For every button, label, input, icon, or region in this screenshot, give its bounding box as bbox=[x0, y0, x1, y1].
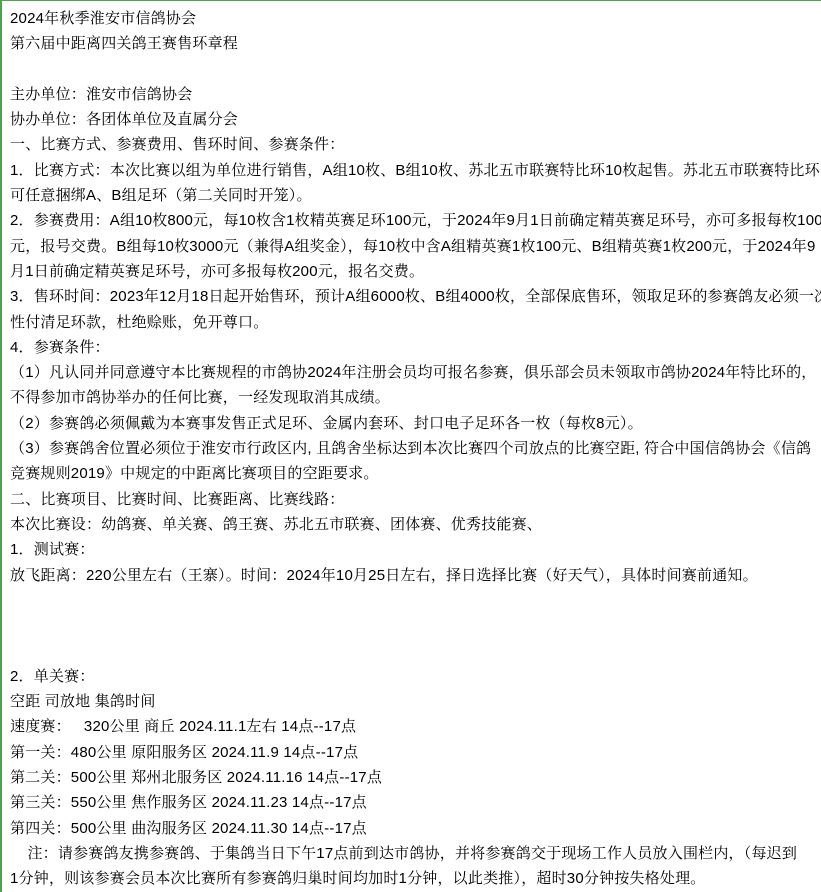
text-line: 速度赛： 320公里 商丘 2024.11.1左右 14点--17点 bbox=[10, 714, 815, 739]
text-line: 第六届中距离四关鸽王赛售环章程 bbox=[10, 31, 815, 56]
text-line: 元，报号交费。B组每10枚3000元（兼得A组奖金），每10枚中含A组精英赛1枚… bbox=[10, 234, 815, 259]
text-line: 第三关：550公里 焦作服务区 2024.11.23 14点--17点 bbox=[10, 790, 815, 815]
text-line: 放飞距离：220公里左右（王寨）。时间：2024年10月25日左右，择日选择比赛… bbox=[10, 563, 815, 588]
text-line: 竞赛规则2019》中规定的中距离比赛项目的空距要求。 bbox=[10, 461, 815, 486]
text-line: 注：请参赛鸽友携参赛鸽、于集鸽当日下午17点前到达市鸽协，并将参赛鸽交于现场工作… bbox=[10, 841, 815, 866]
text-line: 4．参赛条件： bbox=[10, 335, 815, 360]
text-line: 2．单关赛： bbox=[10, 664, 815, 689]
blank-line bbox=[10, 613, 815, 638]
text-line: 第四关：500公里 曲沟服务区 2024.11.30 14点--17点 bbox=[10, 816, 815, 841]
text-line: 月1日前确定精英赛足环号，亦可多报每枚200元，报名交费。 bbox=[10, 259, 815, 284]
blank-line bbox=[10, 638, 815, 663]
text-line: 空距 司放地 集鸽时间 bbox=[10, 689, 815, 714]
text-line: 1．比赛方式：本次比赛以组为单位进行销售，A组10枚、B组10枚、苏北五市联赛特… bbox=[10, 158, 815, 183]
text-line: 不得参加市鸽协举办的任何比赛，一经发现取消其成绩。 bbox=[10, 385, 815, 410]
text-line: 二、比赛项目、比赛时间、比赛距离、比赛线路： bbox=[10, 487, 815, 512]
document-lines: 2024年秋季淮安市信鸽协会第六届中距离四关鸽王赛售环章程 主办单位：淮安市信鸽… bbox=[10, 6, 815, 891]
text-line: 第一关：480公里 原阳服务区 2024.11.9 14点--17点 bbox=[10, 740, 815, 765]
text-line: 3．售环时间：2023年12月18日起开始售环，预计A组6000枚、B组4000… bbox=[10, 284, 815, 309]
text-line: 1．测试赛： bbox=[10, 537, 815, 562]
text-line: 一、比赛方式、参赛费用、售环时间、参赛条件： bbox=[10, 132, 815, 157]
text-line: 第二关：500公里 郑州北服务区 2024.11.16 14点--17点 bbox=[10, 765, 815, 790]
text-line: 协办单位：各团体单位及直属分会 bbox=[10, 107, 815, 132]
text-line: 1分钟，则该参赛会员本次比赛所有参赛鸽归巢时间均加时1分钟，以此类推），超时30… bbox=[10, 866, 815, 891]
text-line: （3）参赛鸽舍位置必须位于淮安市行政区内, 且鸽舍坐标达到本次比赛四个司放点的比… bbox=[10, 436, 815, 461]
document-page: 2024年秋季淮安市信鸽协会第六届中距离四关鸽王赛售环章程 主办单位：淮安市信鸽… bbox=[0, 0, 821, 892]
text-line: 可任意捆绑A、B组足环（第二关同时开笼）。 bbox=[10, 183, 815, 208]
text-line: 主办单位：淮安市信鸽协会 bbox=[10, 82, 815, 107]
blank-line bbox=[10, 588, 815, 613]
text-line: 性付清足环款，杜绝赊账，免开尊口。 bbox=[10, 310, 815, 335]
text-line: （2）参赛鸽必须佩戴为本赛事发售正式足环、金属内套环、封口电子足环各一枚（每枚8… bbox=[10, 411, 815, 436]
text-line: 2．参赛费用：A组10枚800元，每10枚含1枚精英赛足环100元，于2024年… bbox=[10, 208, 815, 233]
text-line: （1）凡认同并同意遵守本比赛规程的市鸽协2024年注册会员均可报名参赛，俱乐部会… bbox=[10, 360, 815, 385]
text-line: 本次比赛设：幼鸽赛、单关赛、鸽王赛、苏北五市联赛、团体赛、优秀技能赛、 bbox=[10, 512, 815, 537]
text-line: 2024年秋季淮安市信鸽协会 bbox=[10, 6, 815, 31]
blank-line bbox=[10, 57, 815, 82]
